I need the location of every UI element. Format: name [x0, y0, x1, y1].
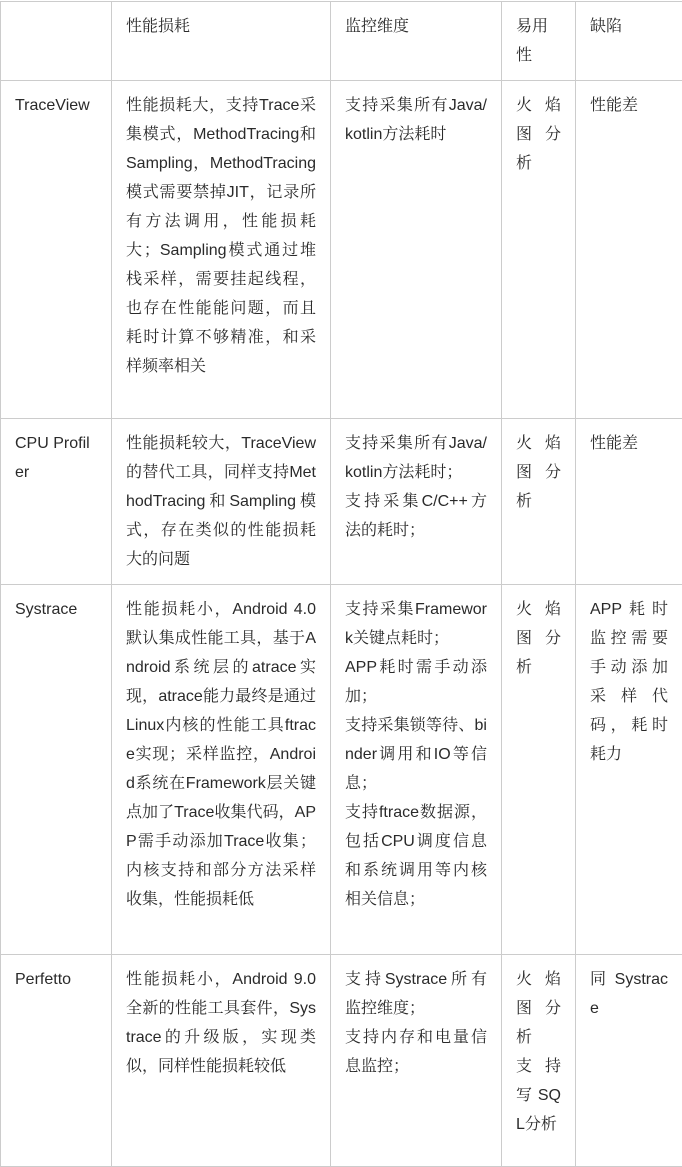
monitor-dimension-item: 支持内存和电量信息监控； [345, 1023, 487, 1081]
usability-item: 火焰图分析 [516, 91, 561, 178]
monitor-dimensions-cell: 支持Systrace所有监控维度； 支持内存和电量信息监控； [331, 955, 502, 1167]
performance-cost-cell: 性能损耗小，Android 4.0默认集成性能工具，基于Android系统层的a… [112, 585, 331, 955]
header-cell-defects: 缺陷 [576, 2, 682, 81]
profiler-comparison-table: 性能损耗 监控维度 易用性 缺陷 TraceView 性能损耗大，支持Trace… [0, 1, 682, 1167]
monitor-dimension-item: 支持采集C/C++方法的耗时； [345, 487, 487, 545]
header-cell-performance-cost: 性能损耗 [112, 2, 331, 81]
header-cell-monitor-dimensions: 监控维度 [331, 2, 502, 81]
performance-cost-cell: 性能损耗大，支持Trace采集模式，MethodTracing和Sampling… [112, 81, 331, 419]
monitor-dimension-item: 支持Systrace所有监控维度； [345, 965, 487, 1023]
monitor-dimension-item: 支持采集锁等待、binder调用和IO等信息； [345, 711, 487, 798]
header-cell-tool [1, 2, 112, 81]
monitor-dimensions-cell: 支持采集所有Java/kotlin方法耗时 [331, 81, 502, 419]
monitor-dimensions-cell: 支持采集Framework关键点耗时； APP耗时需手动添加； 支持采集锁等待、… [331, 585, 502, 955]
table-row-perfetto: Perfetto 性能损耗小，Android 9.0全新的性能工具套件，Syst… [1, 955, 682, 1167]
header-cell-usability: 易用性 [502, 2, 576, 81]
usability-cell: 火焰图分析 支持写SQL分析 [502, 955, 576, 1167]
usability-item: 火焰图分析 [516, 595, 561, 682]
defects-cell: 同Systrace [576, 955, 682, 1167]
tool-name-cell: Systrace [1, 585, 112, 955]
performance-cost-cell: 性能损耗较大，TraceView的替代工具，同样支持MethodTracing和… [112, 419, 331, 585]
tool-name-cell: CPU Profiler [1, 419, 112, 585]
usability-cell: 火焰图分析 [502, 585, 576, 955]
defects-cell: APP耗时监控需要手动添加采样代码，耗时耗力 [576, 585, 682, 955]
performance-cost-cell: 性能损耗小，Android 9.0全新的性能工具套件，Systrace的升级版，… [112, 955, 331, 1167]
table-row-traceview: TraceView 性能损耗大，支持Trace采集模式，MethodTracin… [1, 81, 682, 419]
defects-cell: 性能差 [576, 419, 682, 585]
monitor-dimension-item: 支持ftrace数据源，包括CPU调度信息和系统调用等内核相关信息； [345, 798, 487, 914]
usability-item: 火焰图分析 [516, 965, 561, 1052]
usability-cell: 火焰图分析 [502, 419, 576, 585]
monitor-dimension-item: 支持采集所有Java/kotlin方法耗时； [345, 429, 487, 487]
header-row: 性能损耗 监控维度 易用性 缺陷 [1, 2, 682, 81]
monitor-dimension-item: 支持采集Framework关键点耗时； [345, 595, 487, 653]
usability-item: 火焰图分析 [516, 429, 561, 516]
tool-name-cell: TraceView [1, 81, 112, 419]
monitor-dimension-item: APP耗时需手动添加； [345, 653, 487, 711]
page: 性能损耗 监控维度 易用性 缺陷 TraceView 性能损耗大，支持Trace… [0, 0, 682, 1162]
table-row-cpu-profiler: CPU Profiler 性能损耗较大，TraceView的替代工具，同样支持M… [1, 419, 682, 585]
usability-cell: 火焰图分析 [502, 81, 576, 419]
monitor-dimension-item: 支持采集所有Java/kotlin方法耗时 [345, 91, 487, 149]
table-row-systrace: Systrace 性能损耗小，Android 4.0默认集成性能工具，基于And… [1, 585, 682, 955]
usability-item: 支持写SQL分析 [516, 1052, 561, 1139]
tool-name-cell: Perfetto [1, 955, 112, 1167]
monitor-dimensions-cell: 支持采集所有Java/kotlin方法耗时； 支持采集C/C++方法的耗时； [331, 419, 502, 585]
defects-cell: 性能差 [576, 81, 682, 419]
